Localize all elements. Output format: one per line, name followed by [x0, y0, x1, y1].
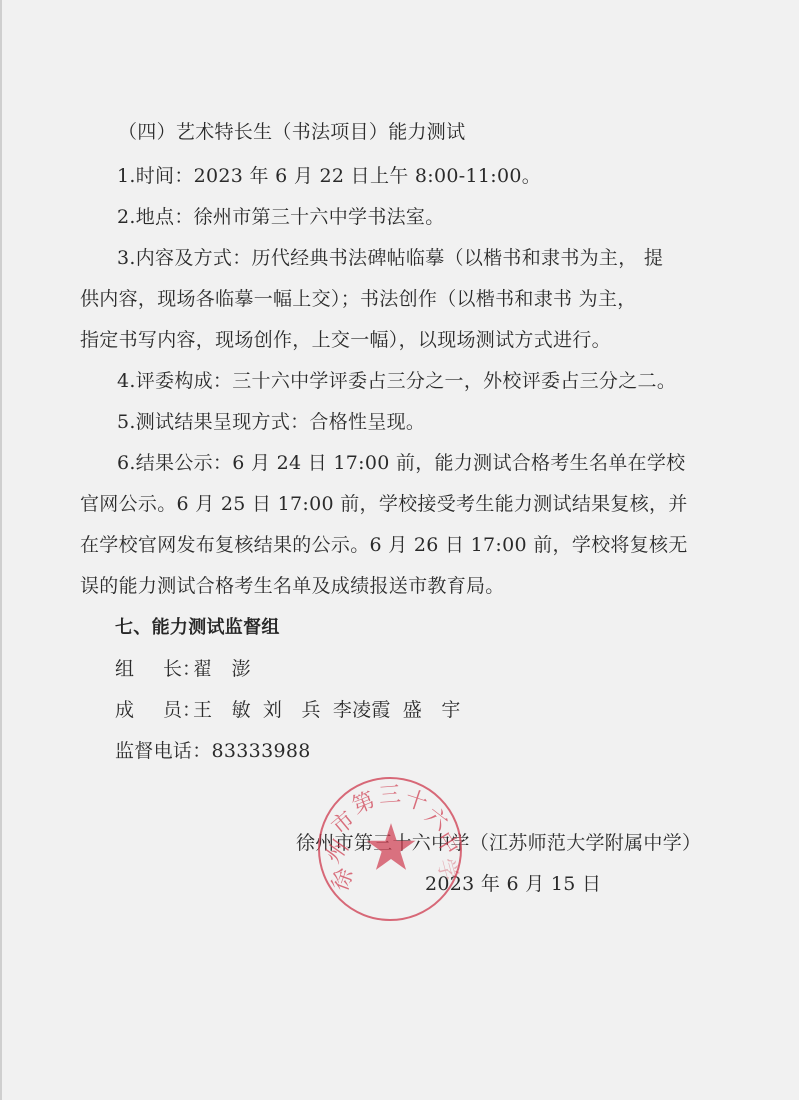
item-content-line-3: 指定书写内容，现场创作，上交一幅），以现场测试方式进行。	[80, 328, 611, 352]
item-content-line-2: 供内容，现场各临摹一幅上交）；书法创作（以楷书和隶书 为主，	[80, 287, 637, 311]
supervision-members-row: 成员：王 敏刘 兵李凌霞盛 宇	[115, 698, 473, 722]
seal-char: 三	[377, 782, 403, 810]
section-heading: （四）艺术特长生（书法项目）能力测试	[118, 120, 465, 144]
item-content-line-1: 3.内容及方式：历代经典书法碑帖临摹（以楷书和隶书为主， 提	[117, 246, 663, 270]
signature-date: 2023 年 6 月 15 日	[425, 872, 601, 896]
item-time: 1.时间：2023 年 6 月 22 日上午 8:00-11:00。	[117, 164, 541, 188]
item-result-format: 5.测试结果呈现方式：合格性呈现。	[117, 410, 425, 434]
item-announcement-line-4: 误的能力测试合格考生名单及成绩报送市教育局。	[80, 574, 505, 598]
seal-char: 徐	[328, 864, 361, 895]
scan-page-edge	[0, 0, 2, 1100]
member-name: 盛 宇	[403, 698, 461, 722]
seal-char: 十	[401, 786, 432, 818]
item-location: 2.地点：徐州市第三十六中学书法室。	[117, 205, 445, 229]
item-announcement-line-3: 在学校官网发布复核结果的公示。6 月 26 日 17:00 前，学校将复核无	[80, 533, 688, 557]
member-name: 刘 兵	[263, 698, 321, 722]
supervision-heading: 七、能力测试监督组	[115, 616, 280, 640]
seal-char: 第	[348, 787, 380, 820]
signature-organization: 徐州市第三十六中学（江苏师范大学附属中学）	[296, 831, 701, 855]
phone-label: 监督电话：	[115, 740, 212, 762]
phone-number: 83333988	[212, 740, 311, 762]
item-announcement-line-1: 6.结果公示：6 月 24 日 17:00 前，能力测试合格考生名单在学校	[117, 451, 685, 475]
leader-name: 翟 澎	[193, 658, 251, 680]
member-name: 李凌霞	[333, 698, 391, 722]
supervision-phone-row: 监督电话：83333988	[115, 739, 311, 763]
item-announcement-line-2: 官网公示。6 月 25 日 17:00 前，学校接受考生能力测试结果复核，并	[80, 492, 688, 516]
leader-label: 组长：	[115, 657, 193, 681]
member-name: 王 敏	[193, 698, 251, 722]
supervision-leader-row: 组长：翟 澎	[115, 657, 251, 681]
members-label: 成员：	[115, 698, 193, 722]
item-judges: 4.评委构成：三十六中学评委占三分之一，外校评委占三分之二。	[117, 369, 676, 393]
